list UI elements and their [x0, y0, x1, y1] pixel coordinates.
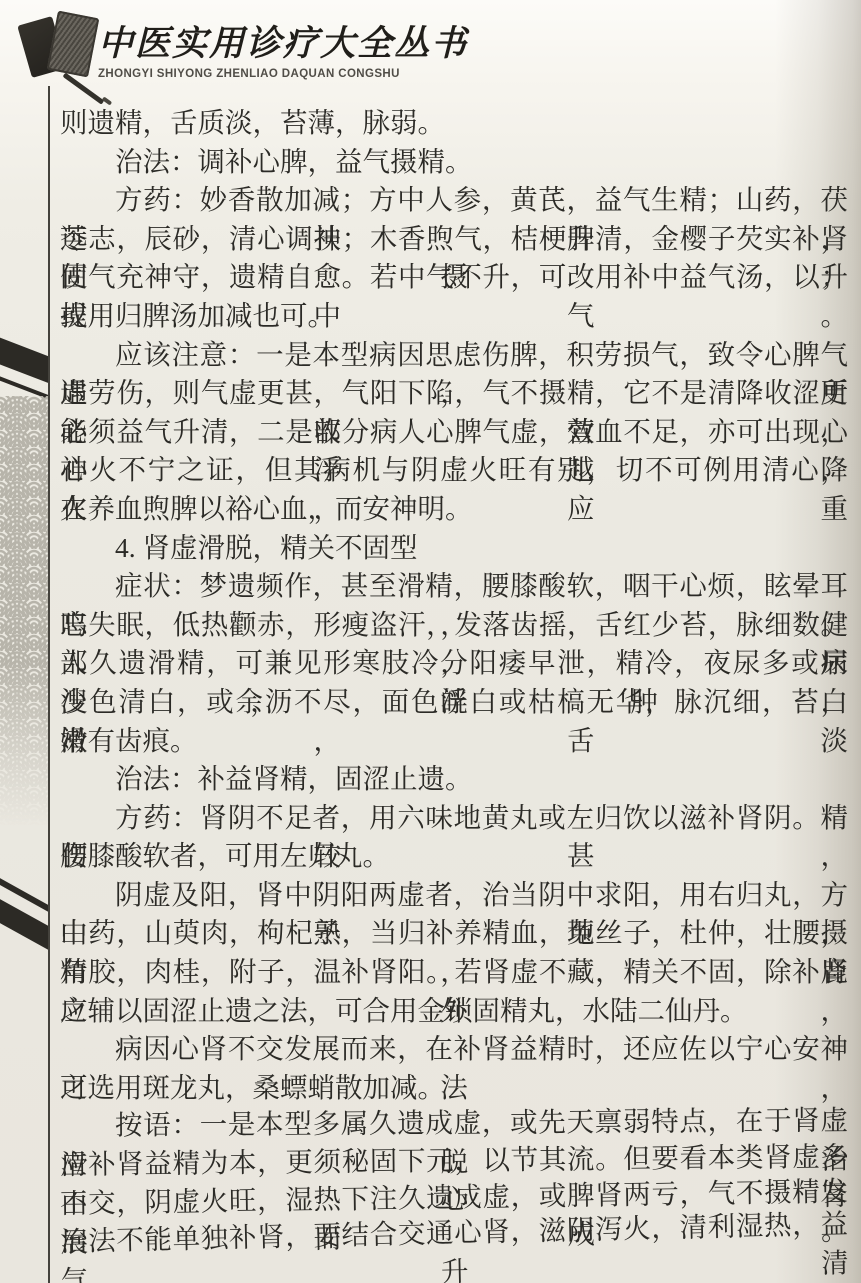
text-line: 方药：妙香散加减；方中人参，黄芪，益气生精；山药，茯苓扶脾，	[60, 181, 848, 220]
text-line: 方药：肾阴不足者，用六味地黄丸或左归饮以滋补肾阴。精伤较甚，	[60, 799, 848, 838]
left-border-rule	[48, 86, 50, 1283]
text-line: 应辅以固涩止遗之法，可合用金锁固精丸，水陆二仙丹。	[60, 992, 848, 1031]
left-margin-decoration	[0, 0, 49, 1283]
series-title-block: 中医实用诊疗大全丛书 ZHONGYI SHIYONG ZHENLIAO DAQU…	[98, 16, 518, 80]
text-line: 溲色清白，或余沥不尽，面色㿠白或枯槁无华，脉沉细，苔白滑，舌淡	[60, 683, 848, 722]
text-line: 病因心肾不交发展而来，在补肾益精时，还应佐以宁心安神之法，	[60, 1030, 848, 1069]
text-line: 角胶，肉桂，附子，温补肾阳。若肾虚不藏，精关不固，除补肾之外，	[60, 953, 848, 992]
text-line: 人久遗滑精，可兼见形寒肢冷，阳痿早泄，精冷，夜尿多或尿少，浮肿，	[60, 644, 848, 683]
text-line: 使气充神守，遗精自愈。若中气不升，可改用补中益气汤，以升提中气。	[60, 258, 848, 297]
text-line: 则遗精，舌质淡，苔薄，脉弱。	[60, 104, 848, 143]
scanned-book-page: 中医实用诊疗大全丛书 ZHONGYI SHIYONG ZHENLIAO DAQU…	[0, 0, 861, 1283]
text-line: 治法：补益肾精，固涩止遗。	[60, 760, 848, 799]
seigaiha-wave-pattern	[0, 396, 49, 826]
text-line: 心火不宁之证，但其病机与阴虚火旺有别，切不可例用清心降火，应重	[60, 451, 848, 490]
text-line: 治法：调补心脾，益气摄精。	[60, 143, 848, 182]
text-line: 忘失眠，低热颧赤，形瘦盗汗，发落齿摇，舌红少苔，脉细数。部分病	[60, 606, 848, 645]
page-header: 中医实用诊疗大全丛书 ZHONGYI SHIYONG ZHENLIAO DAQU…	[0, 0, 861, 100]
text-line: 遇劳伤，则气虚更甚，气阳下陷，气不摄精，它不是清降收涩所能收效，	[60, 374, 848, 413]
text-line: 应该注意：一是本型病因思虑伤脾，积劳损气，致令心脾气虚，更	[60, 336, 848, 375]
text-line: 山药，山萸肉，枸杞子，当归补养精血，菟丝子，杜仲，壮腰摄精，鹿	[60, 914, 848, 953]
logo-book-textured	[47, 11, 100, 78]
text-line: 4. 肾虚滑脱，精关不固型	[60, 529, 848, 568]
text-line: 症状：梦遗频作，甚至滑精，腰膝酸软，咽干心烦，眩晕耳鸣，健	[60, 567, 848, 606]
text-line: 阴虚及阳，肾中阴阳两虚者，治当阴中求阳，用右归丸，方中熟地，	[60, 876, 848, 915]
text-line: 远志，辰砂，清心调神；木香煦气，桔梗升清，金樱子芡实补肾固摄；	[60, 220, 848, 259]
series-title-romanized: ZHONGYI SHIYONG ZHENLIAO DAQUAN CONGSHU	[98, 68, 518, 80]
text-line: 必须益气升清，二是部分病人心脾气虚，营血不足，亦可出现心神浮越，	[60, 413, 848, 452]
series-title: 中医实用诊疗大全丛书	[98, 16, 518, 66]
page-text: 则遗精，舌质淡，苔薄，脉弱。治法：调补心脾，益气摄精。方药：妙香散加减；方中人参…	[60, 104, 848, 1262]
